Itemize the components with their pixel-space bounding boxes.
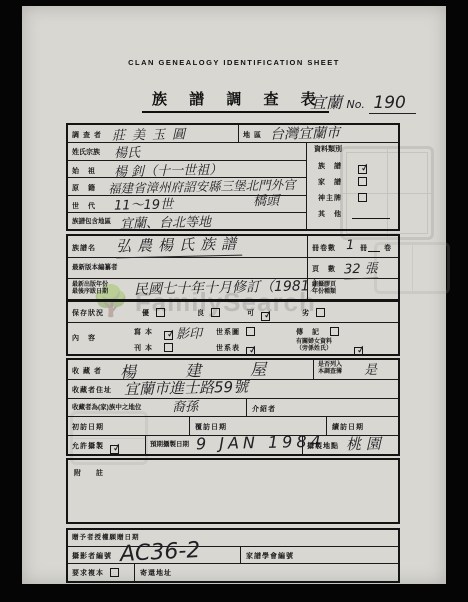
identity-table: 調 查 者 莊美玉圓 地 區 台灣宜蘭市 姓氏宗族 楊氏 始 祖 楊 釗（十一世… <box>66 123 400 231</box>
material-other-blank <box>352 209 390 219</box>
society-no-label: 家譜學會編號 <box>246 551 294 561</box>
checkmark-icon: ✓ <box>111 440 122 454</box>
serial-region: 宜蘭 <box>310 93 342 112</box>
origin-label: 原 籍 <box>72 183 96 193</box>
scanned-form-paper: 🌳 FamilySearch CLAN GENEALOGY IDENTIFICA… <box>22 6 446 584</box>
position-label: 收藏者為(家)族中之地位 <box>72 404 141 411</box>
form-title: 族 譜 調 查 表 <box>142 88 329 109</box>
checkbox-fair: ✓ <box>261 308 279 326</box>
lineage-chart-label: 世系圖 <box>216 327 240 337</box>
holder-label: 收 藏 者 <box>72 366 102 376</box>
cond-fair-label: 可 <box>247 308 255 318</box>
volume-table: 族譜名 弘農楊氏族譜 冊卷數 1 冊 卷 最新版本編纂者 頁 數 32 張 最新… <box>66 234 400 301</box>
compiler-label: 最新版本編纂者 <box>72 264 118 271</box>
checkbox-permit: ✓ <box>110 441 128 459</box>
condition-label: 保存狀況 <box>72 308 104 318</box>
generations-value: 11～19世 <box>114 193 173 213</box>
listed-value: 是 <box>364 359 377 378</box>
film-label-line2: 年份種類 <box>312 289 336 295</box>
region-label: 地 區 <box>243 130 262 140</box>
material-genealogy-label: 族 譜 <box>318 161 342 171</box>
clan-label: 姓氏宗族 <box>72 149 100 156</box>
volumes-blank <box>368 242 380 252</box>
introducer-label: 介紹者 <box>252 404 276 414</box>
material-family-label: 家 譜 <box>318 177 342 187</box>
material-type-label: 資料類別 <box>314 146 342 153</box>
women-data-label-line1: 有關婦女資料 <box>296 339 332 345</box>
photographer-no-label: 攝影者編號 <box>72 551 112 561</box>
surveyor-label: 調 查 者 <box>72 130 102 140</box>
region-value: 台灣宜蘭市 <box>270 122 340 143</box>
third-visit-label: 續訪日期 <box>332 422 364 432</box>
surveyor-value: 莊美玉圓 <box>112 123 192 144</box>
film-label-line1: 縮攝膠頁 <box>312 282 336 288</box>
listed-label: 是否列入 本調查簿 <box>318 362 342 376</box>
expected-date-value: 9 JAN 1984 <box>196 432 325 454</box>
clan-value: 楊氏 <box>114 142 140 162</box>
origin-continuation: 橋頭 <box>253 190 279 210</box>
address-label: 收藏者住址 <box>72 385 112 395</box>
checkbox-lineage-chart <box>246 327 255 336</box>
coverage-value: 宜蘭、台北等地 <box>120 211 211 232</box>
checkmark-icon: ✓ <box>359 160 370 174</box>
checkmark-icon: ✓ <box>262 307 273 321</box>
filming-place-value: 桃 園 <box>346 433 381 455</box>
serial-no-label: No. <box>346 98 364 111</box>
form-title-text: 族 譜 調 查 表 <box>142 91 329 113</box>
photographer-no-value: AC36-2 <box>119 538 201 567</box>
generations-label: 世 代 <box>72 201 96 211</box>
checkmark-icon: ✓ <box>247 342 258 356</box>
volumes-unit-ce: 冊 <box>360 243 368 253</box>
pub-date-value: 民國七十年十月修訂（1981） <box>134 275 324 299</box>
english-title: CLAN GENEALOGY IDENTIFICATION SHEET <box>22 58 446 67</box>
genealogy-title-label: 族譜名 <box>72 243 96 253</box>
checkmark-icon: ✓ <box>355 342 366 356</box>
serial-number-group: 宜蘭 No. 190 <box>310 90 416 113</box>
checkbox-biography <box>330 327 339 336</box>
expected-date-label: 預期攝製日期 <box>150 441 189 448</box>
cond-excellent-label: 優 <box>142 308 150 318</box>
manuscript-label: 寫 本 <box>134 327 153 337</box>
ancestor-label: 始 祖 <box>72 166 96 176</box>
checkbox-printed <box>164 343 173 352</box>
return-address-label: 寄還地址 <box>140 568 172 578</box>
cond-good-label: 良 <box>197 308 205 318</box>
pub-date-label-line2: 最後序跋日期 <box>72 289 108 295</box>
checkbox-excellent <box>156 308 165 317</box>
holder-table: 收 藏 者 楊 建 屋 是否列入 本調查簿 是 收藏者住址 宜蘭市進士路59號 … <box>66 358 400 456</box>
genealogy-title-value: 弘農楊氏族譜 <box>116 233 242 259</box>
copy-request-label: 要求複本 <box>72 568 104 578</box>
checkbox-family <box>358 177 367 186</box>
material-other-label: 其 他 <box>318 209 342 219</box>
position-value: 裔孫 <box>172 396 198 416</box>
volumes-unit-juan: 卷 <box>384 243 392 253</box>
checkbox-tablet <box>358 193 367 202</box>
pub-date-label-line1: 最新出版年份 <box>72 282 108 288</box>
office-table: 贈予者授權願贈日期 攝影者編號 AC36-2 家譜學會編號 要求複本 寄還地址 <box>66 528 400 583</box>
condition-table: 保存狀況 優 良 可 ✓ 劣 內 容 寫 本 ✓ 影印 刊 本 世系圖 世系表 … <box>66 300 400 356</box>
volumes-label: 冊卷數 <box>312 243 336 253</box>
manuscript-note: 影印 <box>176 323 202 343</box>
filming-place-label: 攝製地點 <box>307 441 339 451</box>
permit-label: 允許攝製 <box>72 441 104 451</box>
notes-box: 附 註 <box>66 458 400 524</box>
film-label: 縮攝膠頁 年份種類 <box>312 282 336 296</box>
pub-date-label: 最新出版年份 最後序跋日期 <box>72 282 108 296</box>
pages-label: 頁 數 <box>312 264 336 274</box>
second-visit-label: 覆訪日期 <box>195 422 227 432</box>
checkbox-good <box>211 308 220 317</box>
biography-label: 傳 記 <box>296 327 320 337</box>
printed-label: 刊 本 <box>134 343 153 353</box>
first-visit-label: 初訪日期 <box>72 422 104 432</box>
checkbox-copy-request <box>110 568 119 577</box>
listed-label-line2: 本調查簿 <box>318 369 342 375</box>
notes-label: 附 註 <box>74 468 107 478</box>
lineage-table-label: 世系表 <box>216 343 240 353</box>
women-data-label: 有關婦女資料 （旁係姓氏） <box>296 339 332 353</box>
content-label: 內 容 <box>72 333 96 343</box>
coverage-label: 族譜包含地區 <box>72 218 111 225</box>
volumes-value: 1 <box>346 238 355 253</box>
donation-date-label: 贈予者授權願贈日期 <box>72 534 140 541</box>
listed-label-line1: 是否列入 <box>318 362 342 368</box>
cond-poor-label: 劣 <box>302 308 310 318</box>
serial-number: 190 <box>369 93 415 114</box>
checkbox-poor <box>316 308 325 317</box>
material-tablet-label: 神主牌 <box>318 193 342 203</box>
pages-value: 32 張 <box>344 258 378 280</box>
women-data-label-line2: （旁係姓氏） <box>296 346 332 352</box>
